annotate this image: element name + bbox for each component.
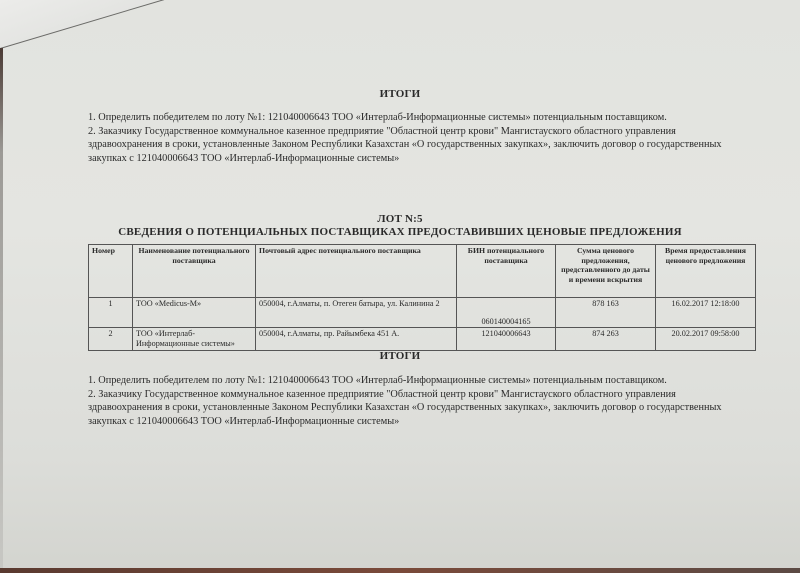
- header-supplier-name: Наименование потенциального поставщика: [133, 245, 256, 298]
- header-amount: Сумма ценового предложения, представленн…: [556, 245, 656, 298]
- cell-number: 1: [89, 298, 133, 328]
- results-title-top: ИТОГИ: [0, 88, 800, 100]
- cell-bin: 121040006643: [457, 328, 556, 351]
- cell-amount: 878 163: [556, 298, 656, 328]
- results-text-bottom: 1. Определить победителем по лоту №1: 12…: [88, 374, 728, 428]
- table-surface: [0, 568, 800, 573]
- table-row: 2 ТОО «Интерлаб-Информационные системы» …: [89, 328, 756, 351]
- results-line: закупках с 121040006643 ТОО «Интерлаб-Ин…: [88, 152, 728, 166]
- header-time: Время предоставления ценового предложени…: [656, 245, 756, 298]
- header-bin: БИН потенциального поставщика: [457, 245, 556, 298]
- cell-number: 2: [89, 328, 133, 351]
- results-line: здравоохранения в сроки, установленные З…: [88, 138, 728, 152]
- table-row: 1 ТОО «Medicus-M» 050004, г.Алматы, п. О…: [89, 298, 756, 328]
- header-address: Почтовый адрес потенциального поставщика: [256, 245, 457, 298]
- cell-bin: 060140004165: [457, 298, 556, 328]
- results-line: 2. Заказчику Государственное коммунально…: [88, 388, 728, 402]
- results-title-bottom: ИТОГИ: [0, 350, 800, 362]
- results-line: 1. Определить победителем по лоту №1: 12…: [88, 374, 728, 388]
- results-line: закупках с 121040006643 ТОО «Интерлаб-Ин…: [88, 415, 728, 429]
- cell-address: 050004, г.Алматы, пр. Райымбека 451 А.: [256, 328, 457, 351]
- cell-time: 16.02.2017 12:18:00: [656, 298, 756, 328]
- cell-time: 20.02.2017 09:58:00: [656, 328, 756, 351]
- table-header-row: Номер Наименование потенциального постав…: [89, 245, 756, 298]
- results-line: здравоохранения в сроки, установленные З…: [88, 401, 728, 415]
- suppliers-table: Номер Наименование потенциального постав…: [88, 244, 756, 351]
- cell-supplier-name: ТОО «Интерлаб-Информационные системы»: [133, 328, 256, 351]
- cell-address: 050004, г.Алматы, п. Отеген батыра, ул. …: [256, 298, 457, 328]
- lot-subtitle: СВЕДЕНИЯ О ПОТЕНЦИАЛЬНЫХ ПОСТАВЩИКАХ ПРЕ…: [0, 226, 800, 238]
- header-number: Номер: [89, 245, 133, 298]
- results-text-top: 1. Определить победителем по лоту №1: 12…: [88, 111, 728, 165]
- results-line: 1. Определить победителем по лоту №1: 12…: [88, 111, 728, 125]
- cell-supplier-name: ТОО «Medicus-M»: [133, 298, 256, 328]
- cell-amount: 874 263: [556, 328, 656, 351]
- results-line: 2. Заказчику Государственное коммунально…: [88, 125, 728, 139]
- lot-title: ЛОТ N:5: [0, 213, 800, 225]
- page-left-shadow: [0, 48, 3, 573]
